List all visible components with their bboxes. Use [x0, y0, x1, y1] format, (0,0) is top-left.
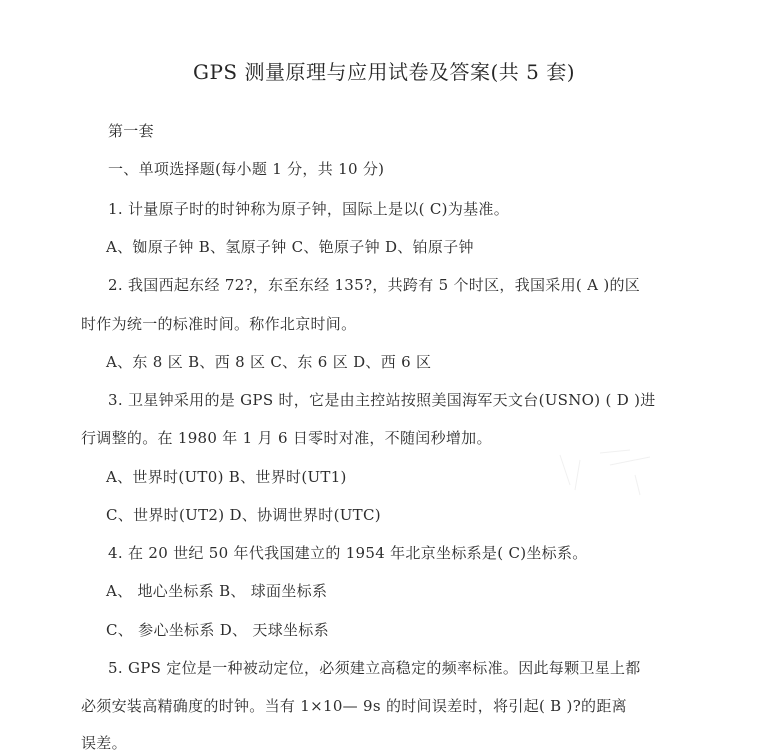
question-3-text-line-2: 行调整的。在 1980 年 1 月 6 日零时对准，不随闰秒增加。 [81, 427, 492, 448]
question-5-text-line-1: 5. GPS 定位是一种被动定位，必须建立高稳定的频率标准。因此每颗卫星上都 [108, 657, 641, 678]
question-3-options-line-1: A、世界时(UT0) B、世界时(UT1) [106, 466, 347, 487]
question-5-text-line-2: 必须安装高精确度的时钟。当有 1×10— 9s 的时间误差时，将引起( B )?… [81, 695, 627, 716]
question-5-text-line-3: 误差。 [81, 732, 127, 753]
question-4-text: 4. 在 20 世纪 50 年代我国建立的 1954 年北京坐标系是( C)坐标… [108, 542, 588, 563]
question-3-options-line-2: C、世界时(UT2) D、协调世界时(UTC) [106, 504, 381, 525]
document-page: GPS 测量原理与应用试卷及答案(共 5 套) 第一套 一、单项选择题(每小题 … [0, 0, 768, 753]
question-1-options: A、铷原子钟 B、氢原子钟 C、铯原子钟 D、铂原子钟 [106, 236, 474, 257]
question-1-text: 1. 计量原子时的时钟称为原子钟，国际上是以( C)为基准。 [108, 198, 509, 219]
section-heading: 一、单项选择题(每小题 1 分，共 10 分) [108, 158, 384, 179]
faded-watermark-icon [540, 445, 680, 505]
set-heading: 第一套 [108, 120, 154, 141]
question-4-options-line-2: C、 参心坐标系 D、 天球坐标系 [106, 619, 329, 640]
question-3-text-line-1: 3. 卫星钟采用的是 GPS 时，它是由主控站按照美国海军天文台(USNO) (… [108, 389, 656, 410]
question-2-options: A、东 8 区 B、西 8 区 C、东 6 区 D、西 6 区 [106, 351, 431, 372]
document-title: GPS 测量原理与应用试卷及答案(共 5 套) [0, 56, 768, 85]
question-2-text-line-2: 时作为统一的标准时间。称作北京时间。 [81, 313, 356, 334]
question-2-text-line-1: 2. 我国西起东经 72?，东至东经 135?，共跨有 5 个时区，我国采用( … [108, 274, 640, 295]
question-4-options-line-1: A、 地心坐标系 B、 球面坐标系 [106, 580, 327, 601]
